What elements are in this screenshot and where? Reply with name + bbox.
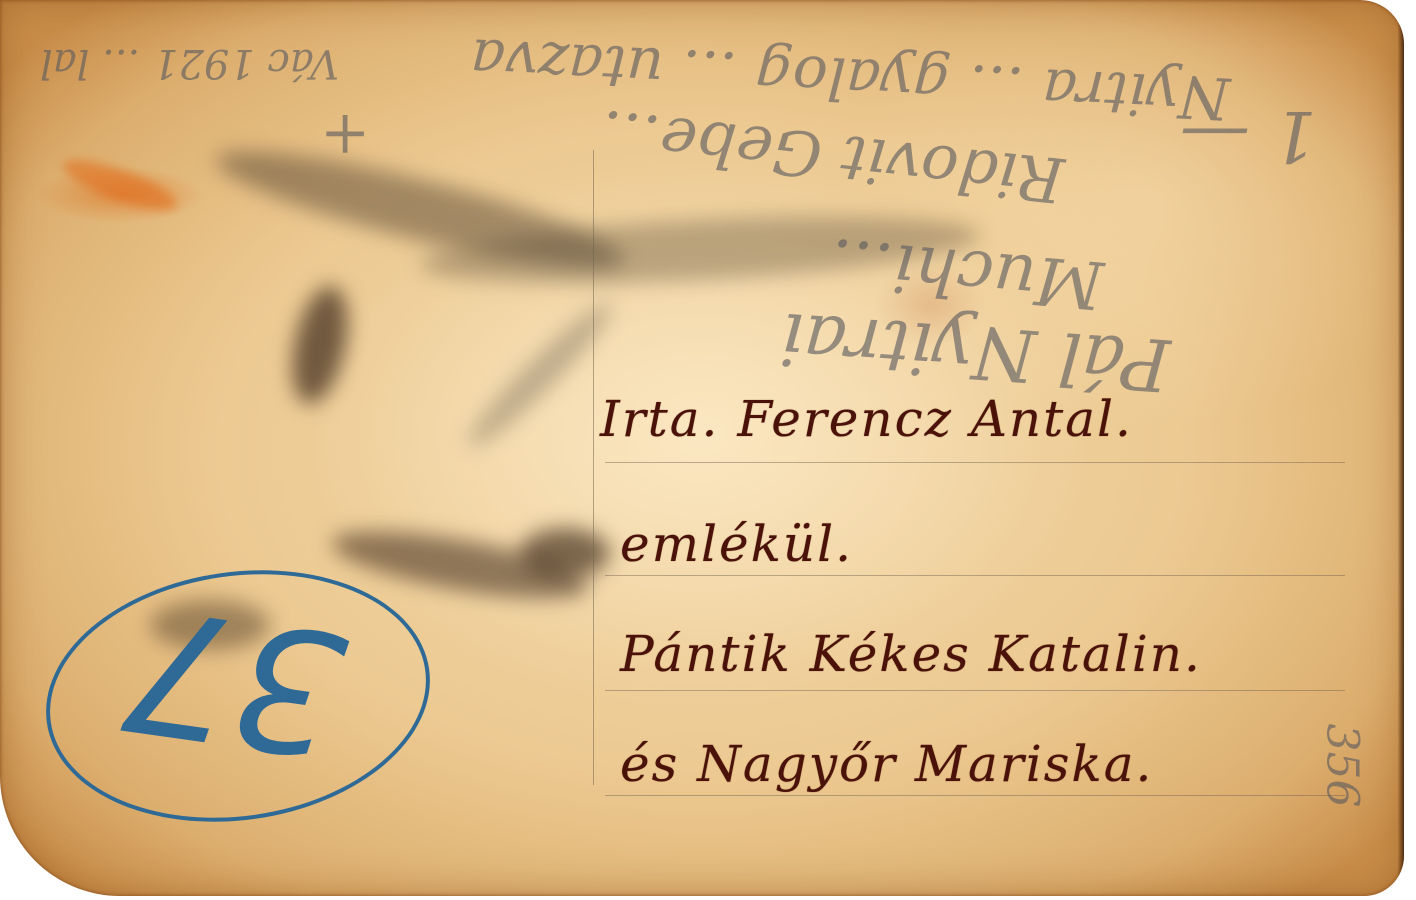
- pencil-number: 356: [1316, 724, 1367, 808]
- message-line-2: emlékül.: [620, 515, 853, 573]
- pencil-mark: +: [320, 100, 370, 170]
- message-line-4: és Nagyőr Mariska.: [620, 735, 1153, 793]
- divider-line: [593, 150, 594, 785]
- smudge: [459, 294, 622, 457]
- pencil-note: Vác 1921 ... lal: [40, 40, 339, 86]
- blue-number-mark: 37: [79, 571, 391, 790]
- message-line-3: Pántik Kékes Katalin.: [620, 625, 1202, 683]
- address-line: [605, 795, 1345, 796]
- address-line: [605, 690, 1345, 691]
- address-line: [605, 575, 1345, 576]
- smudge: [283, 281, 357, 409]
- postcard-back: Vác 1921 ... lal Nyitra ... gyalog ... u…: [0, 0, 1404, 896]
- smudge: [520, 528, 610, 578]
- address-line: [605, 462, 1345, 463]
- pencil-note: Nyitra ... gyalog ... utazva: [469, 25, 1232, 133]
- message-line-1: Irta. Ferencz Antal.: [600, 390, 1133, 448]
- pencil-mark: 1 —: [1180, 95, 1317, 177]
- smudge: [58, 150, 181, 219]
